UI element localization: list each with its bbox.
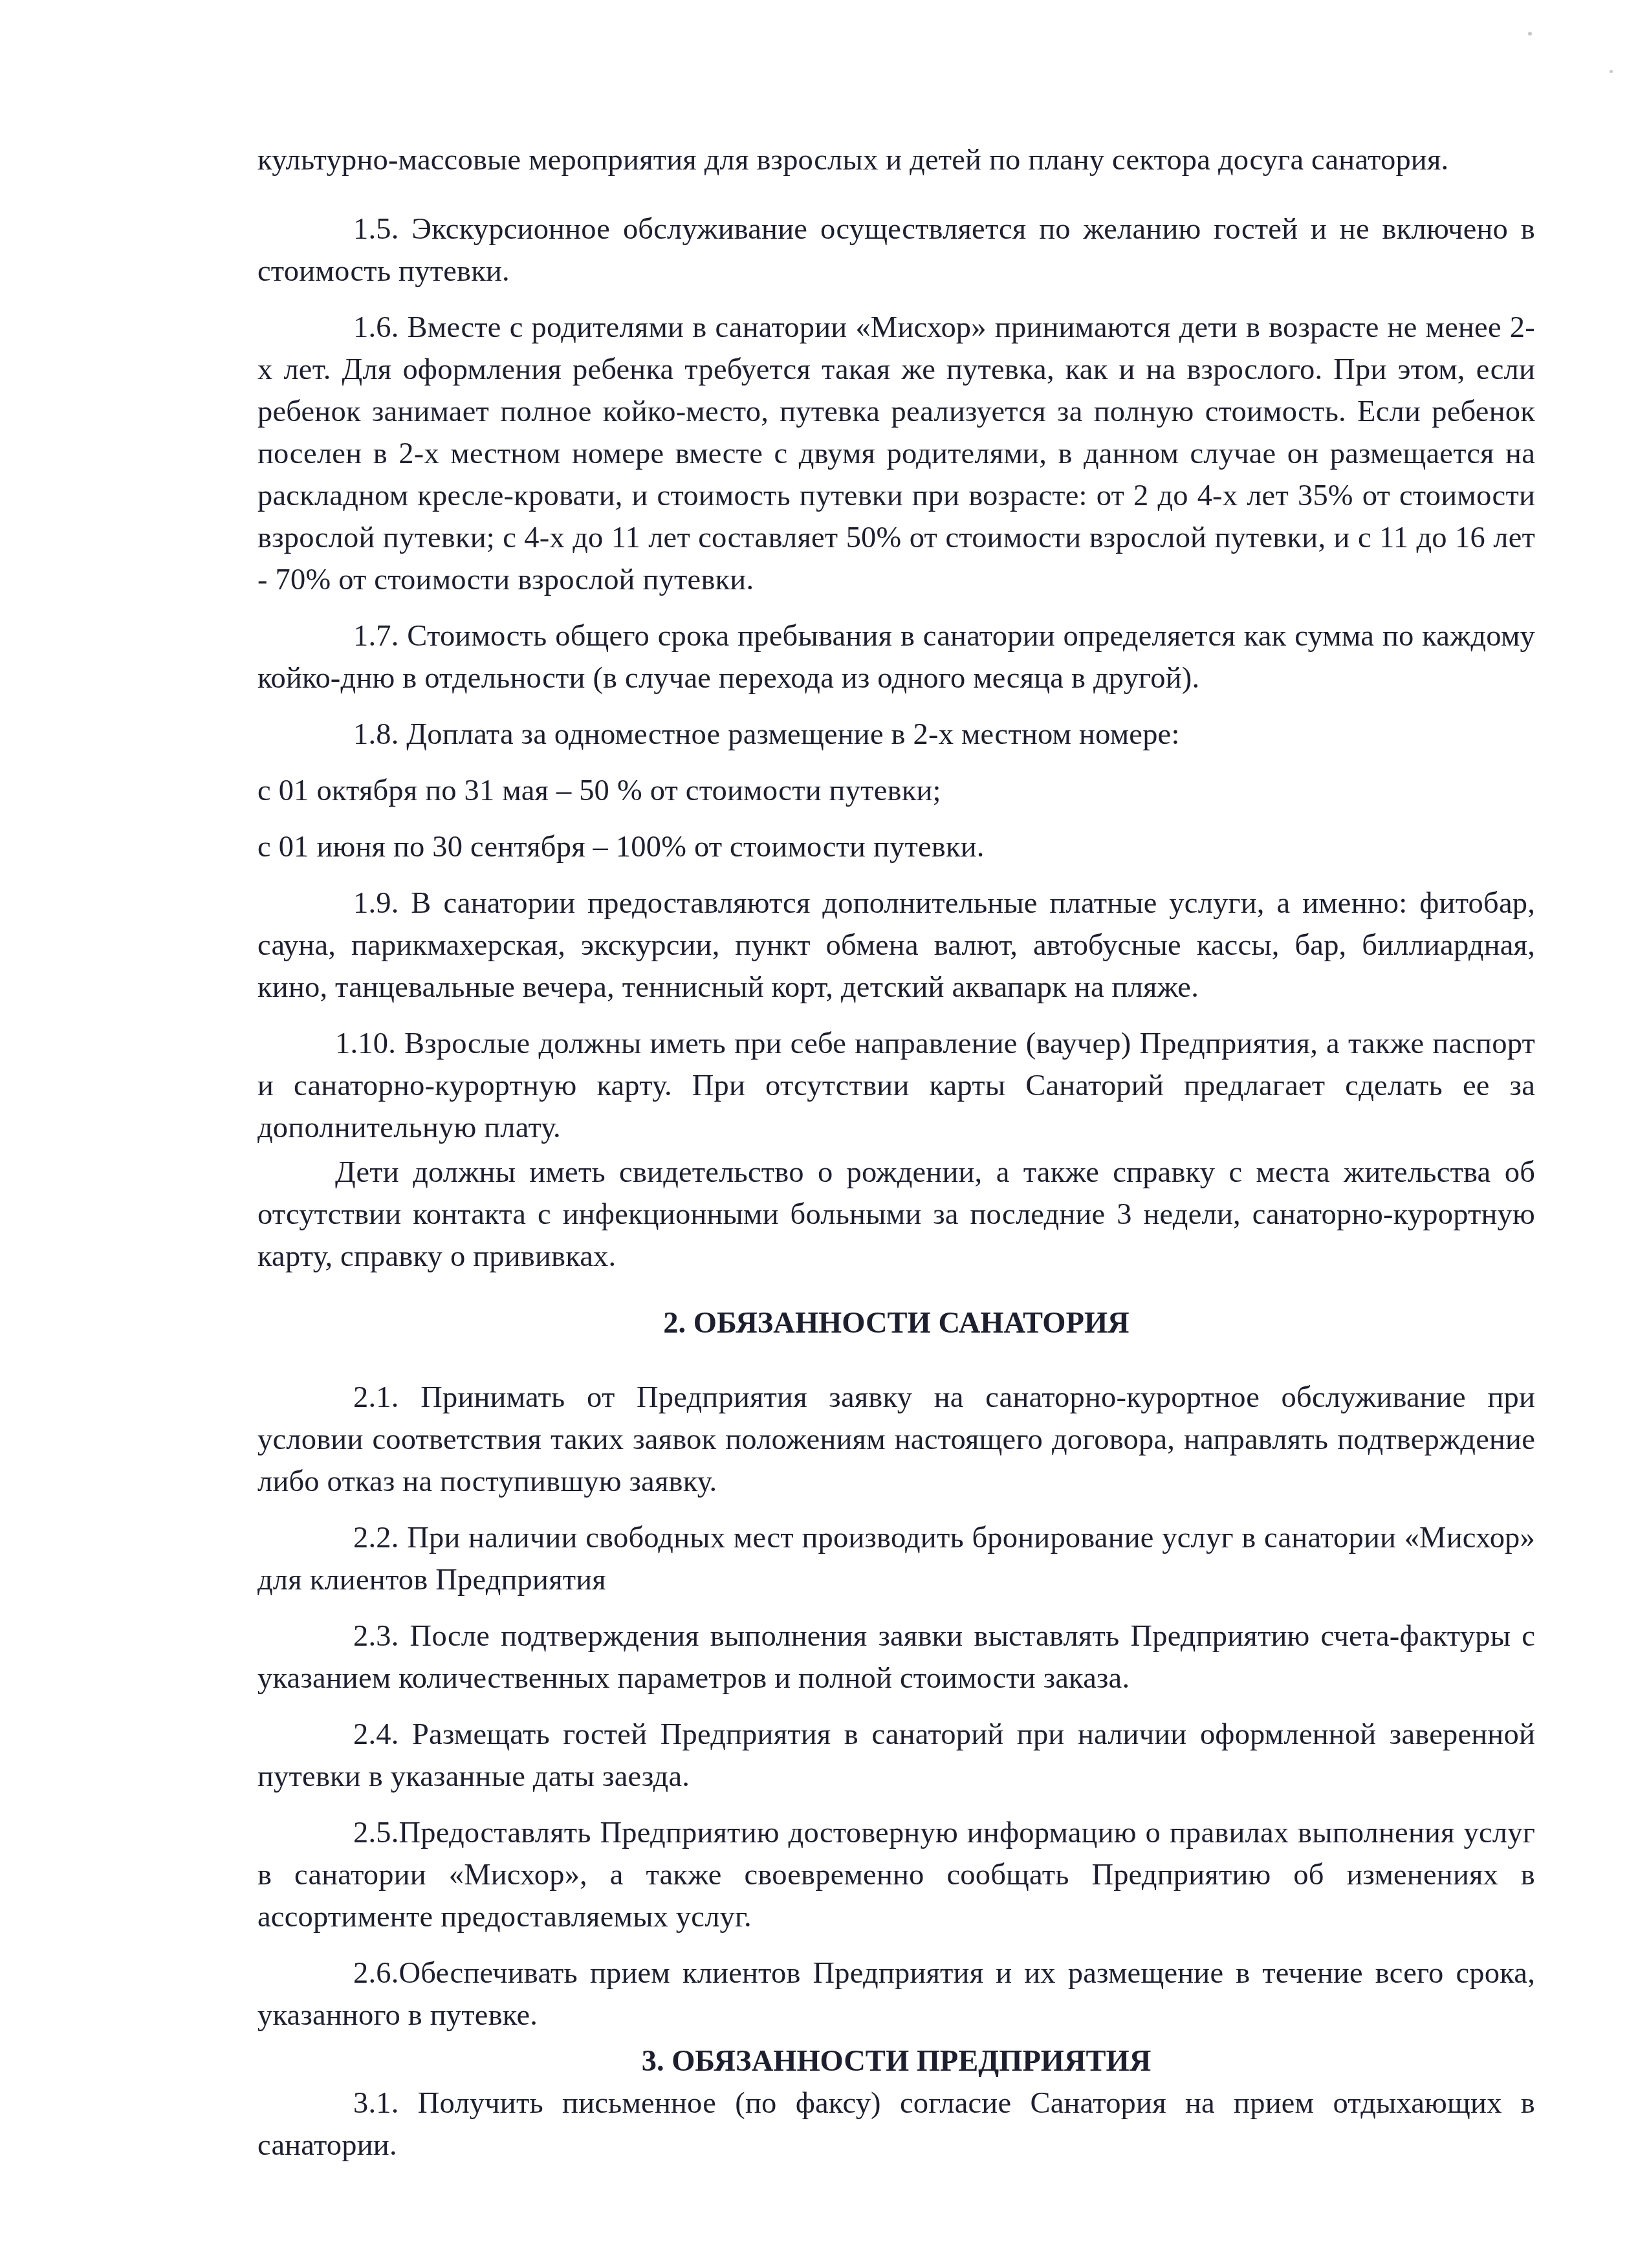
paragraph-1-5: 1.5. Экскурсионное обслуживание осуществ… <box>257 208 1535 292</box>
section-2-heading: 2. ОБЯЗАННОСТИ САНАТОРИЯ <box>257 1302 1535 1344</box>
paragraph-2-2: 2.2. При наличии свободных мест производ… <box>257 1517 1535 1601</box>
scan-speck <box>1528 32 1532 36</box>
paragraph-1-6: 1.6. Вместе с родителями в санатории «Ми… <box>257 307 1535 601</box>
section-3-heading: 3. ОБЯЗАННОСТИ ПРЕДПРИЯТИЯ <box>257 2040 1535 2082</box>
paragraph-2-5: 2.5.Предоставлять Предприятию достоверну… <box>257 1812 1535 1938</box>
paragraph-1-8: 1.8. Доплата за одноместное размещение в… <box>257 714 1535 756</box>
paragraph-1-7: 1.7. Стоимость общего срока пребывания в… <box>257 615 1535 699</box>
paragraph-2-3: 2.3. После подтверждения выполнения заяв… <box>257 1615 1535 1699</box>
paragraph-1-9: 1.9. В санатории предоставляются дополни… <box>257 882 1535 1009</box>
paragraph-1-10: 1.10. Взрослые должны иметь при себе нап… <box>257 1023 1535 1149</box>
paragraph-1-10-children: Дети должны иметь свидетельство о рожден… <box>257 1151 1535 1278</box>
paragraph-2-4: 2.4. Размещать гостей Предприятия в сана… <box>257 1714 1535 1798</box>
paragraph-2-1: 2.1. Принимать от Предприятия заявку на … <box>257 1377 1535 1503</box>
paragraph-1-8-june-september: с 01 июня по 30 сентября – 100% от стоим… <box>257 826 1535 868</box>
paragraph-continuation: культурно-массовые мероприятия для взрос… <box>257 139 1535 181</box>
document-page: культурно-массовые мероприятия для взрос… <box>257 139 1535 2166</box>
paragraph-1-8-october-may: с 01 октября по 31 мая – 50 % от стоимос… <box>257 770 1535 812</box>
paragraph-2-6: 2.6.Обеспечивать прием клиентов Предприя… <box>257 1952 1535 2036</box>
scan-speck <box>1610 70 1613 73</box>
paragraph-3-1: 3.1. Получить письменное (по факсу) согл… <box>257 2082 1535 2166</box>
